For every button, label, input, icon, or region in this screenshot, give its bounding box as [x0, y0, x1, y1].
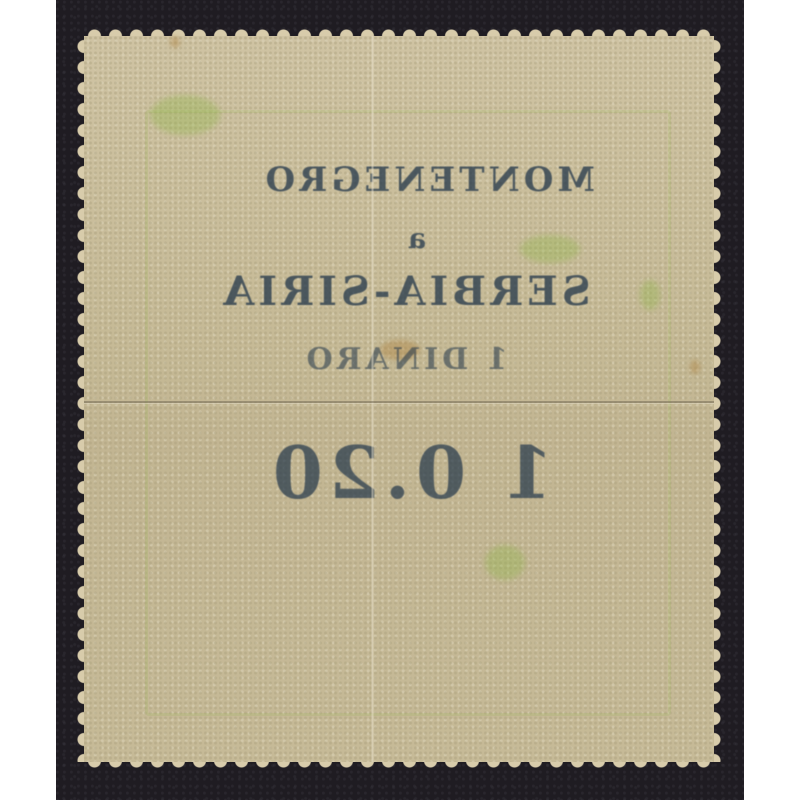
green-design-show-through [145, 110, 671, 716]
green-ink-spot [520, 235, 580, 263]
vertical-crease [371, 36, 374, 762]
horizontal-fold-highlight [84, 403, 714, 404]
overprint-line-4: 1 DINARO [230, 342, 580, 377]
green-ink-spot [150, 95, 220, 135]
toning-spot [690, 360, 700, 374]
overprint-line-1: MONTENEGRO [265, 160, 595, 200]
overprint-line-2: a [395, 222, 435, 255]
toning-spot [170, 36, 180, 48]
overprint-value: 1 0.20 [230, 430, 590, 515]
overprint-line-3: SERBIA-SIRIA [210, 268, 600, 315]
green-ink-spot [485, 545, 525, 580]
green-ink-spot [640, 280, 660, 310]
